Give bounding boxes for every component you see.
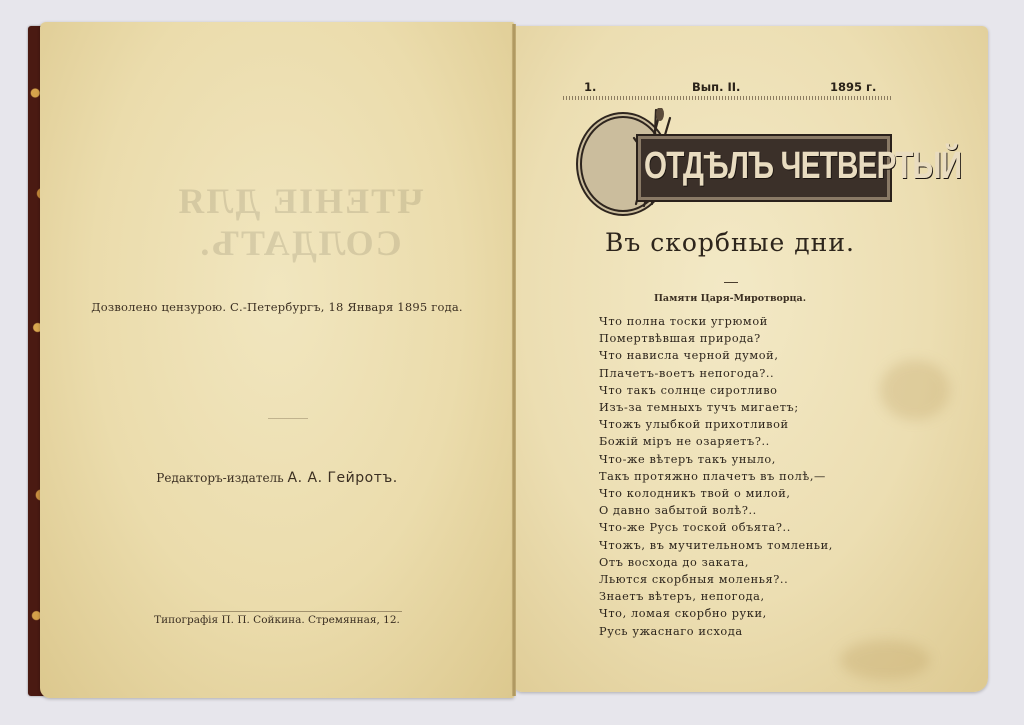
poem-line: Что колодникъ твой о милой,	[599, 485, 879, 502]
poem-line: Плачетъ-воетъ непогода?..	[599, 365, 879, 382]
poem-line: Что такъ солнце сиротливо	[599, 382, 879, 399]
poem-line: Помертвѣвшая природа?	[599, 330, 879, 347]
title-rule	[724, 282, 738, 283]
printer-line: Типографія П. П. Сойкина. Стремянная, 12…	[40, 614, 514, 626]
poem-body: Что полна тоски угрюмой Помертвѣвшая при…	[599, 313, 879, 640]
editor-line: Редакторъ-издатель А. А. Гейротъ.	[40, 470, 514, 486]
bleed-through-title: ЧТЕНІЕ ДЛЯ СОЛДАТЪ.	[130, 180, 470, 264]
banner-title: ОТДѢЛЪ ЧЕТВЕРТЫЙ	[644, 142, 834, 190]
poem-dedication: Памяти Царя-Миротворца.	[570, 293, 890, 304]
poem-line: Льются скорбныя моленья?..	[599, 571, 879, 588]
paper-stain	[840, 640, 930, 680]
poem-line: Что полна тоски угрюмой	[599, 313, 879, 330]
year: 1895 г.	[830, 80, 876, 94]
poem-line: Что-же вѣтеръ такъ уныло,	[599, 451, 879, 468]
poem-title: Въ скорбные дни.	[570, 228, 890, 257]
page-number: 1.	[584, 80, 596, 94]
poem-line: Что нависла черной думой,	[599, 347, 879, 364]
issue-number: Вып. II.	[692, 80, 740, 94]
poem-line: Божій міръ не озаряетъ?..	[599, 433, 879, 450]
poem-line: Что-же Русь тоской объята?..	[599, 519, 879, 536]
poem-line: Изъ-за темныхъ тучъ мигаетъ;	[599, 399, 879, 416]
book-gutter	[512, 24, 516, 696]
poem-line: Чтожъ, въ мучительномъ томленьи,	[599, 537, 879, 554]
editor-name: А. А. Гейротъ.	[288, 470, 398, 486]
section-banner: ОТДѢЛЪ ЧЕТВЕРТЫЙ	[576, 108, 890, 210]
printer-rule	[190, 611, 402, 612]
poem-line: Русь ужаснаго исхода	[599, 623, 879, 640]
poem-line: Что, ломая скорбно руки,	[599, 605, 879, 622]
censorship-line: Дозволено цензурою. С.-Петербургъ, 18 Ян…	[40, 300, 514, 314]
header-wavy-rule	[563, 96, 893, 100]
poem-line: Чтожъ улыбкой прихотливой	[599, 416, 879, 433]
poem-line: Такъ протяжно плачетъ въ полѣ,—	[599, 468, 879, 485]
paper-stain	[880, 360, 950, 420]
poem-line: Отъ восхода до заката,	[599, 554, 879, 571]
running-header: 1. Вып. II. 1895 г.	[568, 80, 878, 96]
poem-line: О давно забытой волѣ?..	[599, 502, 879, 519]
poem-line: Знаетъ вѣтеръ, непогода,	[599, 588, 879, 605]
left-page	[40, 22, 514, 698]
divider	[268, 418, 308, 419]
editor-label: Редакторъ-издатель	[156, 471, 283, 485]
